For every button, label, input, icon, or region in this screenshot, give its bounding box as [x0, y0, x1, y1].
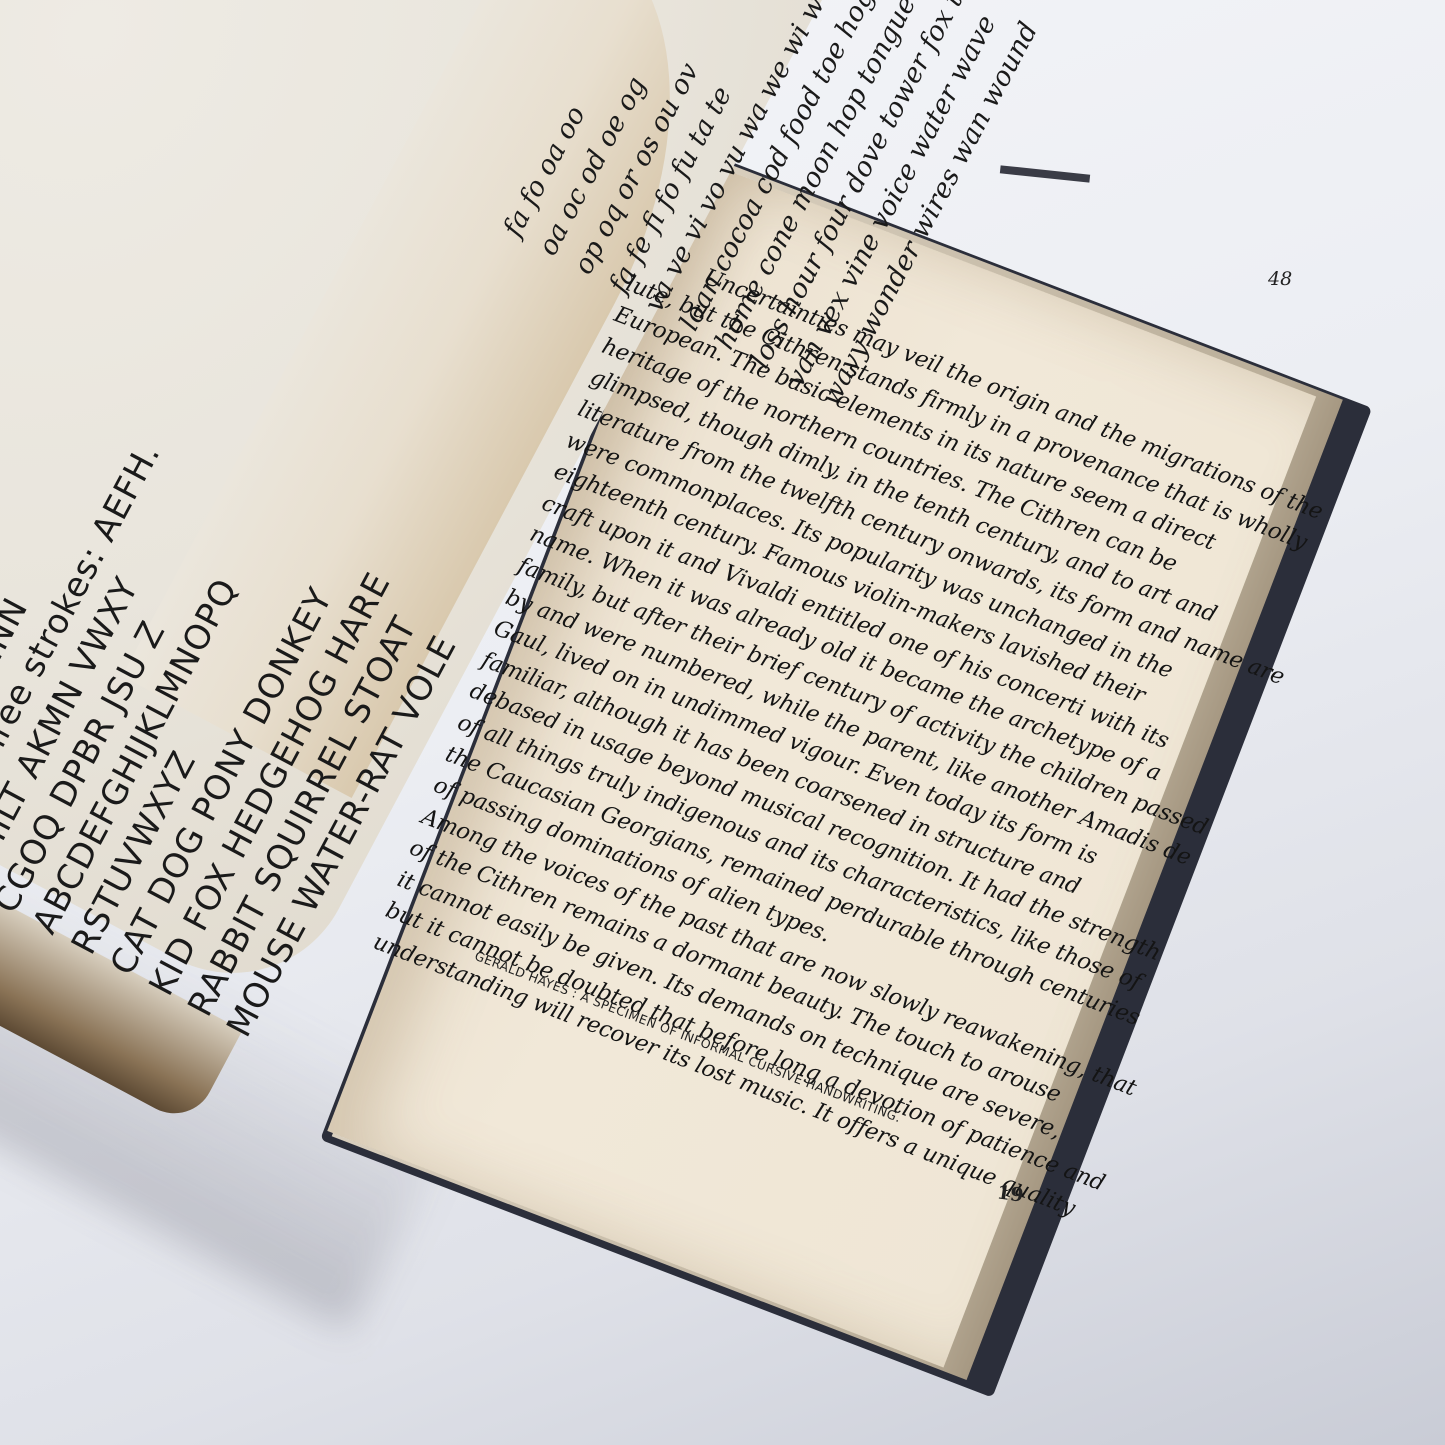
page-number: 19 [996, 1181, 1025, 1206]
cover-edge [1000, 165, 1090, 182]
handwritten-page-number: 48 [1268, 268, 1292, 290]
